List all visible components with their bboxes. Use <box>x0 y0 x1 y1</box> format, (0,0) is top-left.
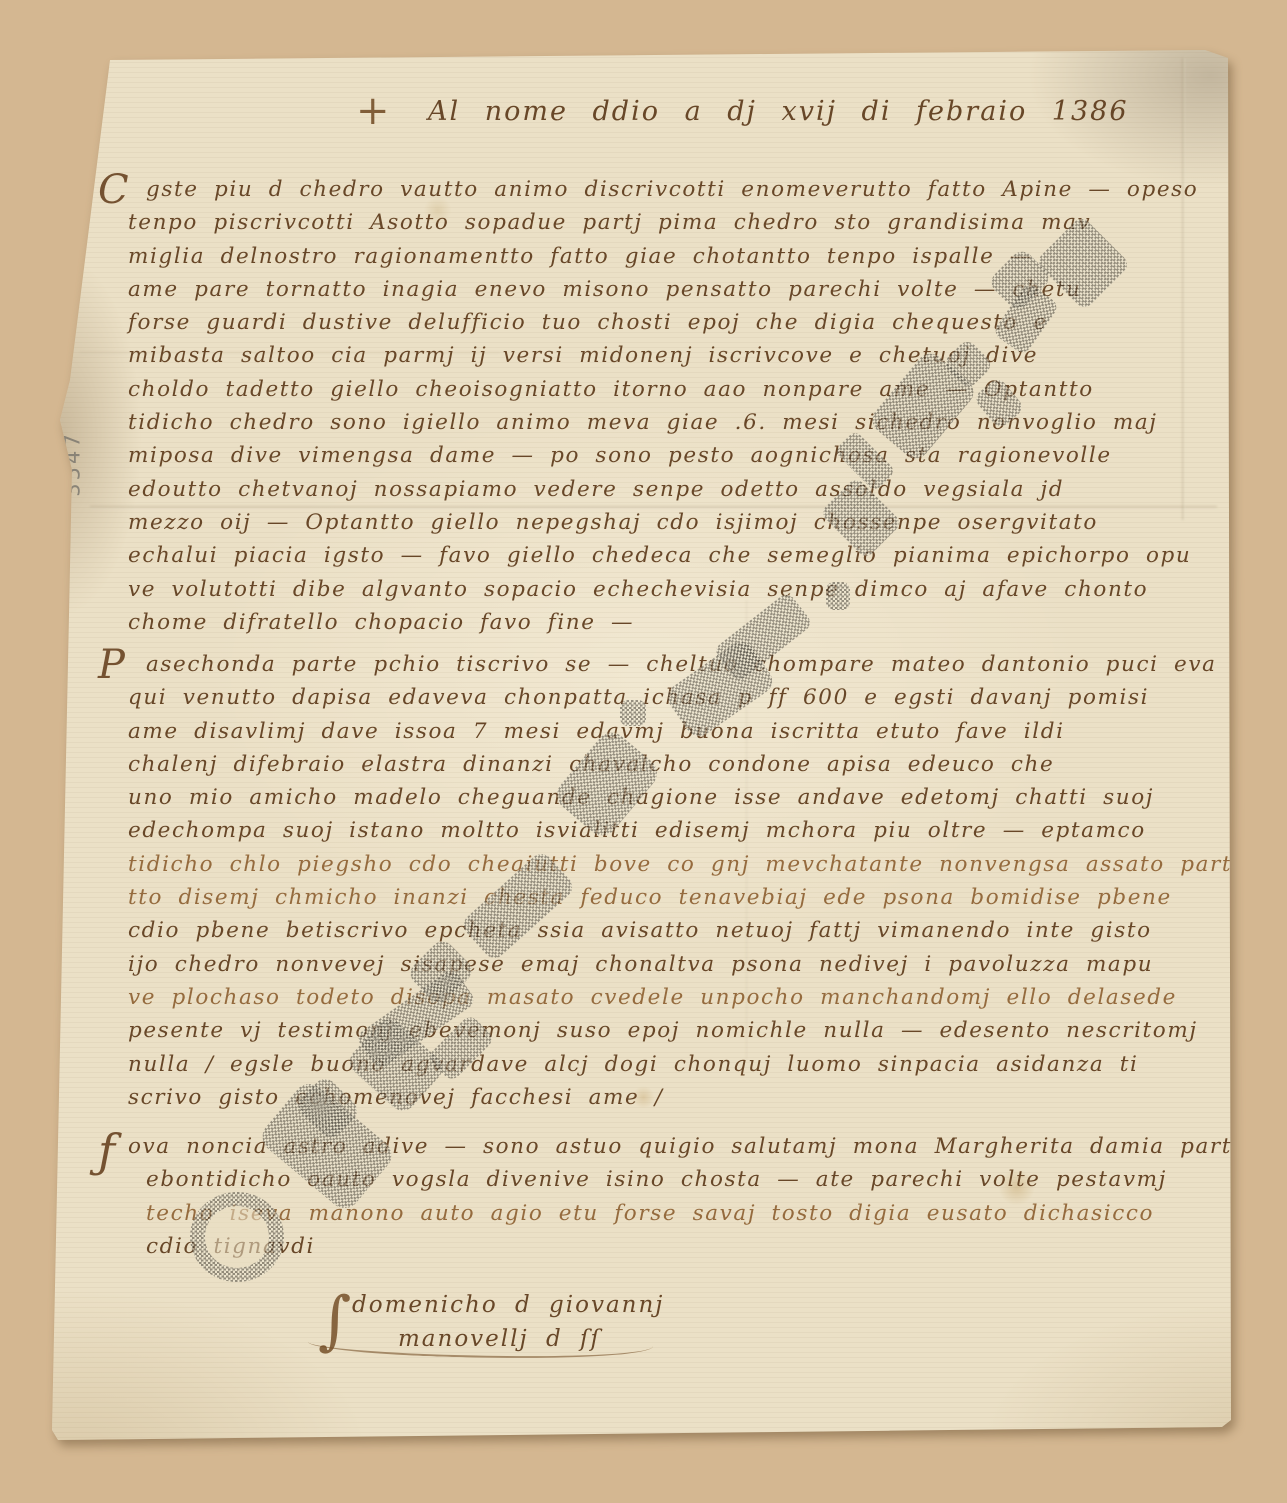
halftone-watermark-ring <box>190 1192 284 1282</box>
signature-name-line: domenicho d giovannj <box>352 1292 664 1318</box>
text-line: echalui piacia igsto — favo giello chede… <box>128 539 1224 572</box>
text-line: tto disemj chmicho inanzi chesta feduco … <box>128 881 1224 914</box>
halftone-watermark-ring-hole <box>205 1206 269 1267</box>
paragraph-2: P asechonda parte pchio tiscrivo se — ch… <box>128 648 1224 1114</box>
scanned-letter-photo: + Al nome ddio a dj xvij di febraio 1386… <box>0 0 1287 1503</box>
text-line: ve volutotti dibe algvanto sopacio echec… <box>128 573 1224 606</box>
text-line: tidicho chlo piegsho cdo cheaiutti bove … <box>128 848 1224 881</box>
text-line: uno mio amicho madelo cheguande chagione… <box>128 781 1224 814</box>
paragraph-mark: C <box>98 167 129 213</box>
text-line: edechompa suoj istano moltto isvialitti … <box>128 814 1224 847</box>
cross-mark: + <box>356 88 390 134</box>
text-line: cdio pbene betiscrivo epcheta ssia avisa… <box>128 914 1224 947</box>
paragraph-mark: ƒ <box>98 1124 115 1178</box>
text-line: chome difratello chopacio favo fine — <box>128 606 1224 639</box>
text-line: ame disavlimj dave issoa 7 mesi edavmj b… <box>128 715 1224 748</box>
text-line: ve plochaso todeto disopa masato cvedele… <box>128 981 1224 1014</box>
text-line: tidicho chedro sono igiello animo meva g… <box>128 406 1224 439</box>
text-line: pesente vj testimonj ebevemonj suso epoj… <box>128 1014 1224 1047</box>
text-line: edoutto chetvanoj nossapiamo vedere senp… <box>128 473 1224 506</box>
text-line: miposa dive vimengsa dame — po sono pest… <box>128 439 1224 472</box>
text-line: gste piu d chedro vautto animo discrivco… <box>128 173 1224 206</box>
text-line: tenpo piscrivcotti Asotto sopadue partj … <box>128 206 1224 239</box>
halftone-watermark-blob <box>826 582 850 610</box>
text-line: choldo tadetto giello cheoisogniatto ito… <box>128 373 1224 406</box>
text-line: forse guardi dustive delufficio tuo chos… <box>128 306 1224 339</box>
manuscript-paper: + Al nome ddio a dj xvij di febraio 1386… <box>0 0 1287 1503</box>
margin-archive-number: 3547 <box>61 431 85 496</box>
text-line: cdio tignavdi <box>128 1230 1224 1263</box>
text-line: asechonda parte pchio tiscrivo se — chel… <box>128 648 1224 681</box>
halftone-watermark-blob <box>620 700 646 726</box>
paper-wrap: + Al nome ddio a dj xvij di febraio 1386… <box>0 0 1287 1503</box>
text-line: mezzo oij — Optantto giello nepegshaj cd… <box>128 506 1224 539</box>
text-line: nulla / egsle buono agvardave alcj dogi … <box>128 1048 1224 1081</box>
paragraph-mark: P <box>98 642 125 688</box>
text-line: ijo chedro nonvevej sisapese emaj chonal… <box>128 948 1224 981</box>
text-line: techo iseva manono auto agio etu forse s… <box>128 1197 1224 1230</box>
text-line: mibasta saltoo cia parmj ij versi midone… <box>128 339 1224 372</box>
text-line: chalenj difebraio elastra dinanzi chaval… <box>128 748 1224 781</box>
heading-date-line: Al nome ddio a dj xvij di febraio 1386 <box>428 96 1129 127</box>
